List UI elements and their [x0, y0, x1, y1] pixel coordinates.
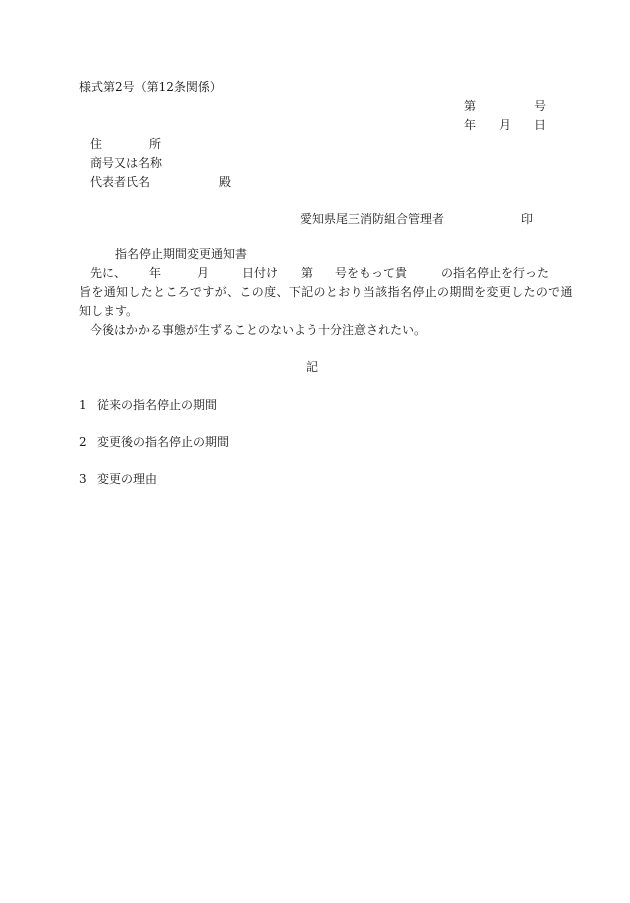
address-label-2: 所	[149, 137, 161, 151]
item-number: 3	[79, 472, 87, 486]
doc-number-suffix: 号	[534, 99, 546, 113]
body-number-prefix: 第	[301, 266, 313, 280]
body-year: 年	[149, 266, 161, 280]
body-line1-tail: の指名停止を行った	[441, 266, 549, 280]
body-lead: 先に、	[90, 266, 126, 280]
item-label: 変更の理由	[97, 472, 157, 486]
ki-heading: 記	[306, 360, 318, 374]
address-label-1: 住	[90, 137, 102, 151]
doc-number-prefix: 第	[464, 99, 476, 113]
body-line-3: 知します。	[79, 304, 138, 318]
item-label: 変更後の指名停止の期間	[97, 435, 229, 449]
item-number: 1	[79, 398, 87, 412]
date-year: 年	[464, 118, 476, 132]
body-line-2: 旨を通知したところですが、この度、下記のとおり当該指名停止の期間を変更したので通	[79, 285, 573, 299]
body-month: 月	[197, 266, 209, 280]
company-label: 商号又は名称	[90, 156, 162, 170]
honorific: 殿	[219, 175, 231, 189]
document-title: 指名停止期間変更通知書	[115, 247, 247, 261]
date-month: 月	[499, 118, 511, 132]
representative-label: 代表者氏名	[90, 175, 150, 189]
form-label: 様式第2号（第12条関係）	[79, 80, 222, 94]
date-day: 日	[534, 118, 546, 132]
document-page: 様式第2号（第12条関係） 第 号 年 月 日 住 所 商号又は名称 代表者氏名…	[0, 0, 630, 903]
item-label: 従来の指名停止の期間	[97, 398, 217, 412]
sender-name: 愛知県尾三消防組合管理者	[300, 212, 444, 226]
seal-mark: 印	[521, 212, 533, 226]
body-line-4: 今後はかかる事態が生ずることのないよう十分注意されたい。	[90, 323, 426, 337]
item-number: 2	[79, 435, 87, 449]
body-number-suffix: 号をもって貴	[335, 266, 407, 280]
body-dated: 日付け	[242, 266, 278, 280]
